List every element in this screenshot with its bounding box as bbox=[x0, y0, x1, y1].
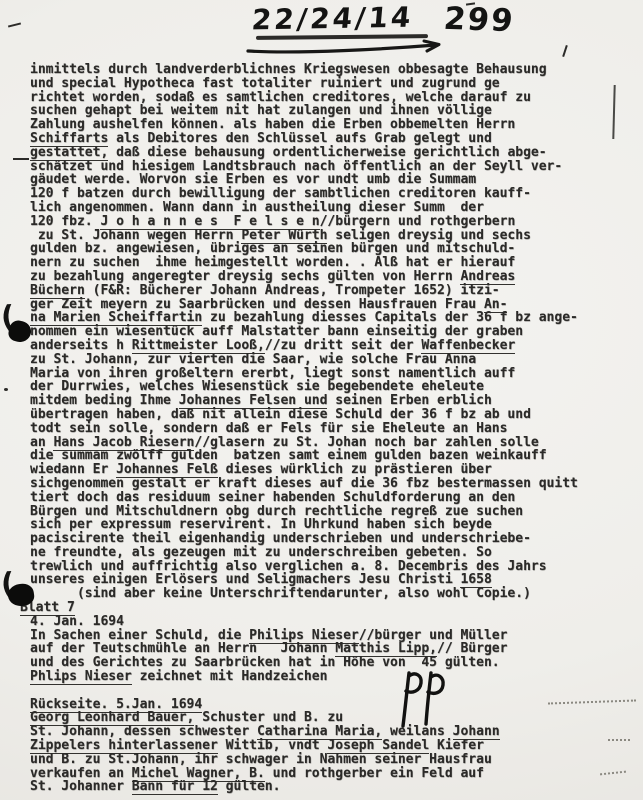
text-line: übertragen haben, daß nit allein diese S… bbox=[30, 408, 643, 422]
scanned-document-page: 22/24/14 299 inmittels durch landverderb… bbox=[0, 0, 643, 800]
text-line: und des Gerichtes zu Saarbrücken hat in … bbox=[30, 656, 643, 670]
text-line: nommen ein wiesentück auff Malstatter ba… bbox=[30, 325, 643, 339]
text-line: nern zu suchen ihme heimgestellt worden.… bbox=[30, 256, 643, 270]
typewritten-text-block: inmittels durch landverderblichnes Krieg… bbox=[0, 63, 643, 794]
text-line: Rückseite. 5.Jan. 1694 bbox=[30, 698, 643, 712]
text-line: zu St. Johann, zur vierten die Saar, wie… bbox=[30, 353, 643, 367]
text-line: ne freundte, als gezeugen mit zu undersc… bbox=[30, 546, 643, 560]
text-line: todt sein solle, sondern daß er Fels für… bbox=[30, 422, 643, 436]
text-line: zu bezahlung angeregter dreysig sechs gü… bbox=[30, 270, 643, 284]
text-line: und special Hypotheca fast totaliter rui… bbox=[30, 77, 643, 91]
page-number-handwritten: 299 bbox=[442, 1, 516, 39]
handzeichen-pp-icon bbox=[396, 668, 450, 730]
stray-pen-mark bbox=[8, 22, 21, 27]
text-line: anderseits h Rittmeister Looß,//zu dritt… bbox=[30, 339, 643, 353]
text-line: und B. zu St.Johann, ihr schwager in Nah… bbox=[30, 753, 643, 767]
stray-pen-mark bbox=[13, 158, 29, 160]
text-line: gestattet, daß diese behausung ordentlic… bbox=[30, 146, 643, 160]
text-line bbox=[30, 684, 643, 698]
text-line: paciscirente theil eigenhandig underschr… bbox=[30, 532, 643, 546]
text-line: 120 f batzen durch bewilligung der sambt… bbox=[30, 187, 643, 201]
text-line: verkaufen an Michel Wagner, B. und rothg… bbox=[30, 767, 643, 781]
text-line: tiert doch das residuum seiner habenden … bbox=[30, 491, 643, 505]
text-line: St. Johann, dessen schwester Catharina M… bbox=[30, 725, 643, 739]
text-line: Zahlung aushelfen können. als haben die … bbox=[30, 118, 643, 132]
text-line: Zippelers hinterlassener Wittib, vndt Jo… bbox=[30, 739, 643, 753]
text-line: 4. Jan. 1694 bbox=[30, 615, 643, 629]
faint-dotted-mark bbox=[608, 739, 630, 741]
archive-underline-arrow bbox=[246, 40, 450, 56]
stray-pen-mark bbox=[562, 45, 568, 57]
text-line: Büchern (F&R: Bücherer Johann Andreas, T… bbox=[30, 284, 643, 298]
archive-number-handwritten: 22/24/14 bbox=[250, 1, 415, 37]
text-line: (sind aber keine Unterschriftendarunter,… bbox=[30, 587, 643, 601]
text-line: wiedann Er Johannes Felß dieses würklich… bbox=[30, 463, 643, 477]
text-line: Blatt 7 bbox=[20, 601, 643, 615]
text-line: inmittels durch landverderblichnes Krieg… bbox=[30, 63, 643, 77]
stray-pen-mark bbox=[4, 388, 8, 391]
text-line: mitdem beding Ihme Johannes Felsen und s… bbox=[30, 394, 643, 408]
text-line: 120 fbz. J o h a n n e s F e l s e n//bü… bbox=[30, 215, 643, 229]
text-line: sichgenommen gestalt er kraft dieses auf… bbox=[30, 477, 643, 491]
text-line: Phlips Nieser zeichnet mit Handzeichen bbox=[30, 670, 643, 684]
text-line: lich angenommen. Wann dann in austheilun… bbox=[30, 201, 643, 215]
text-line: Schiffarts als Debitores den Schlüssel a… bbox=[30, 132, 643, 146]
text-line: St. Johanner Bann für 12 gülten. bbox=[30, 780, 643, 794]
